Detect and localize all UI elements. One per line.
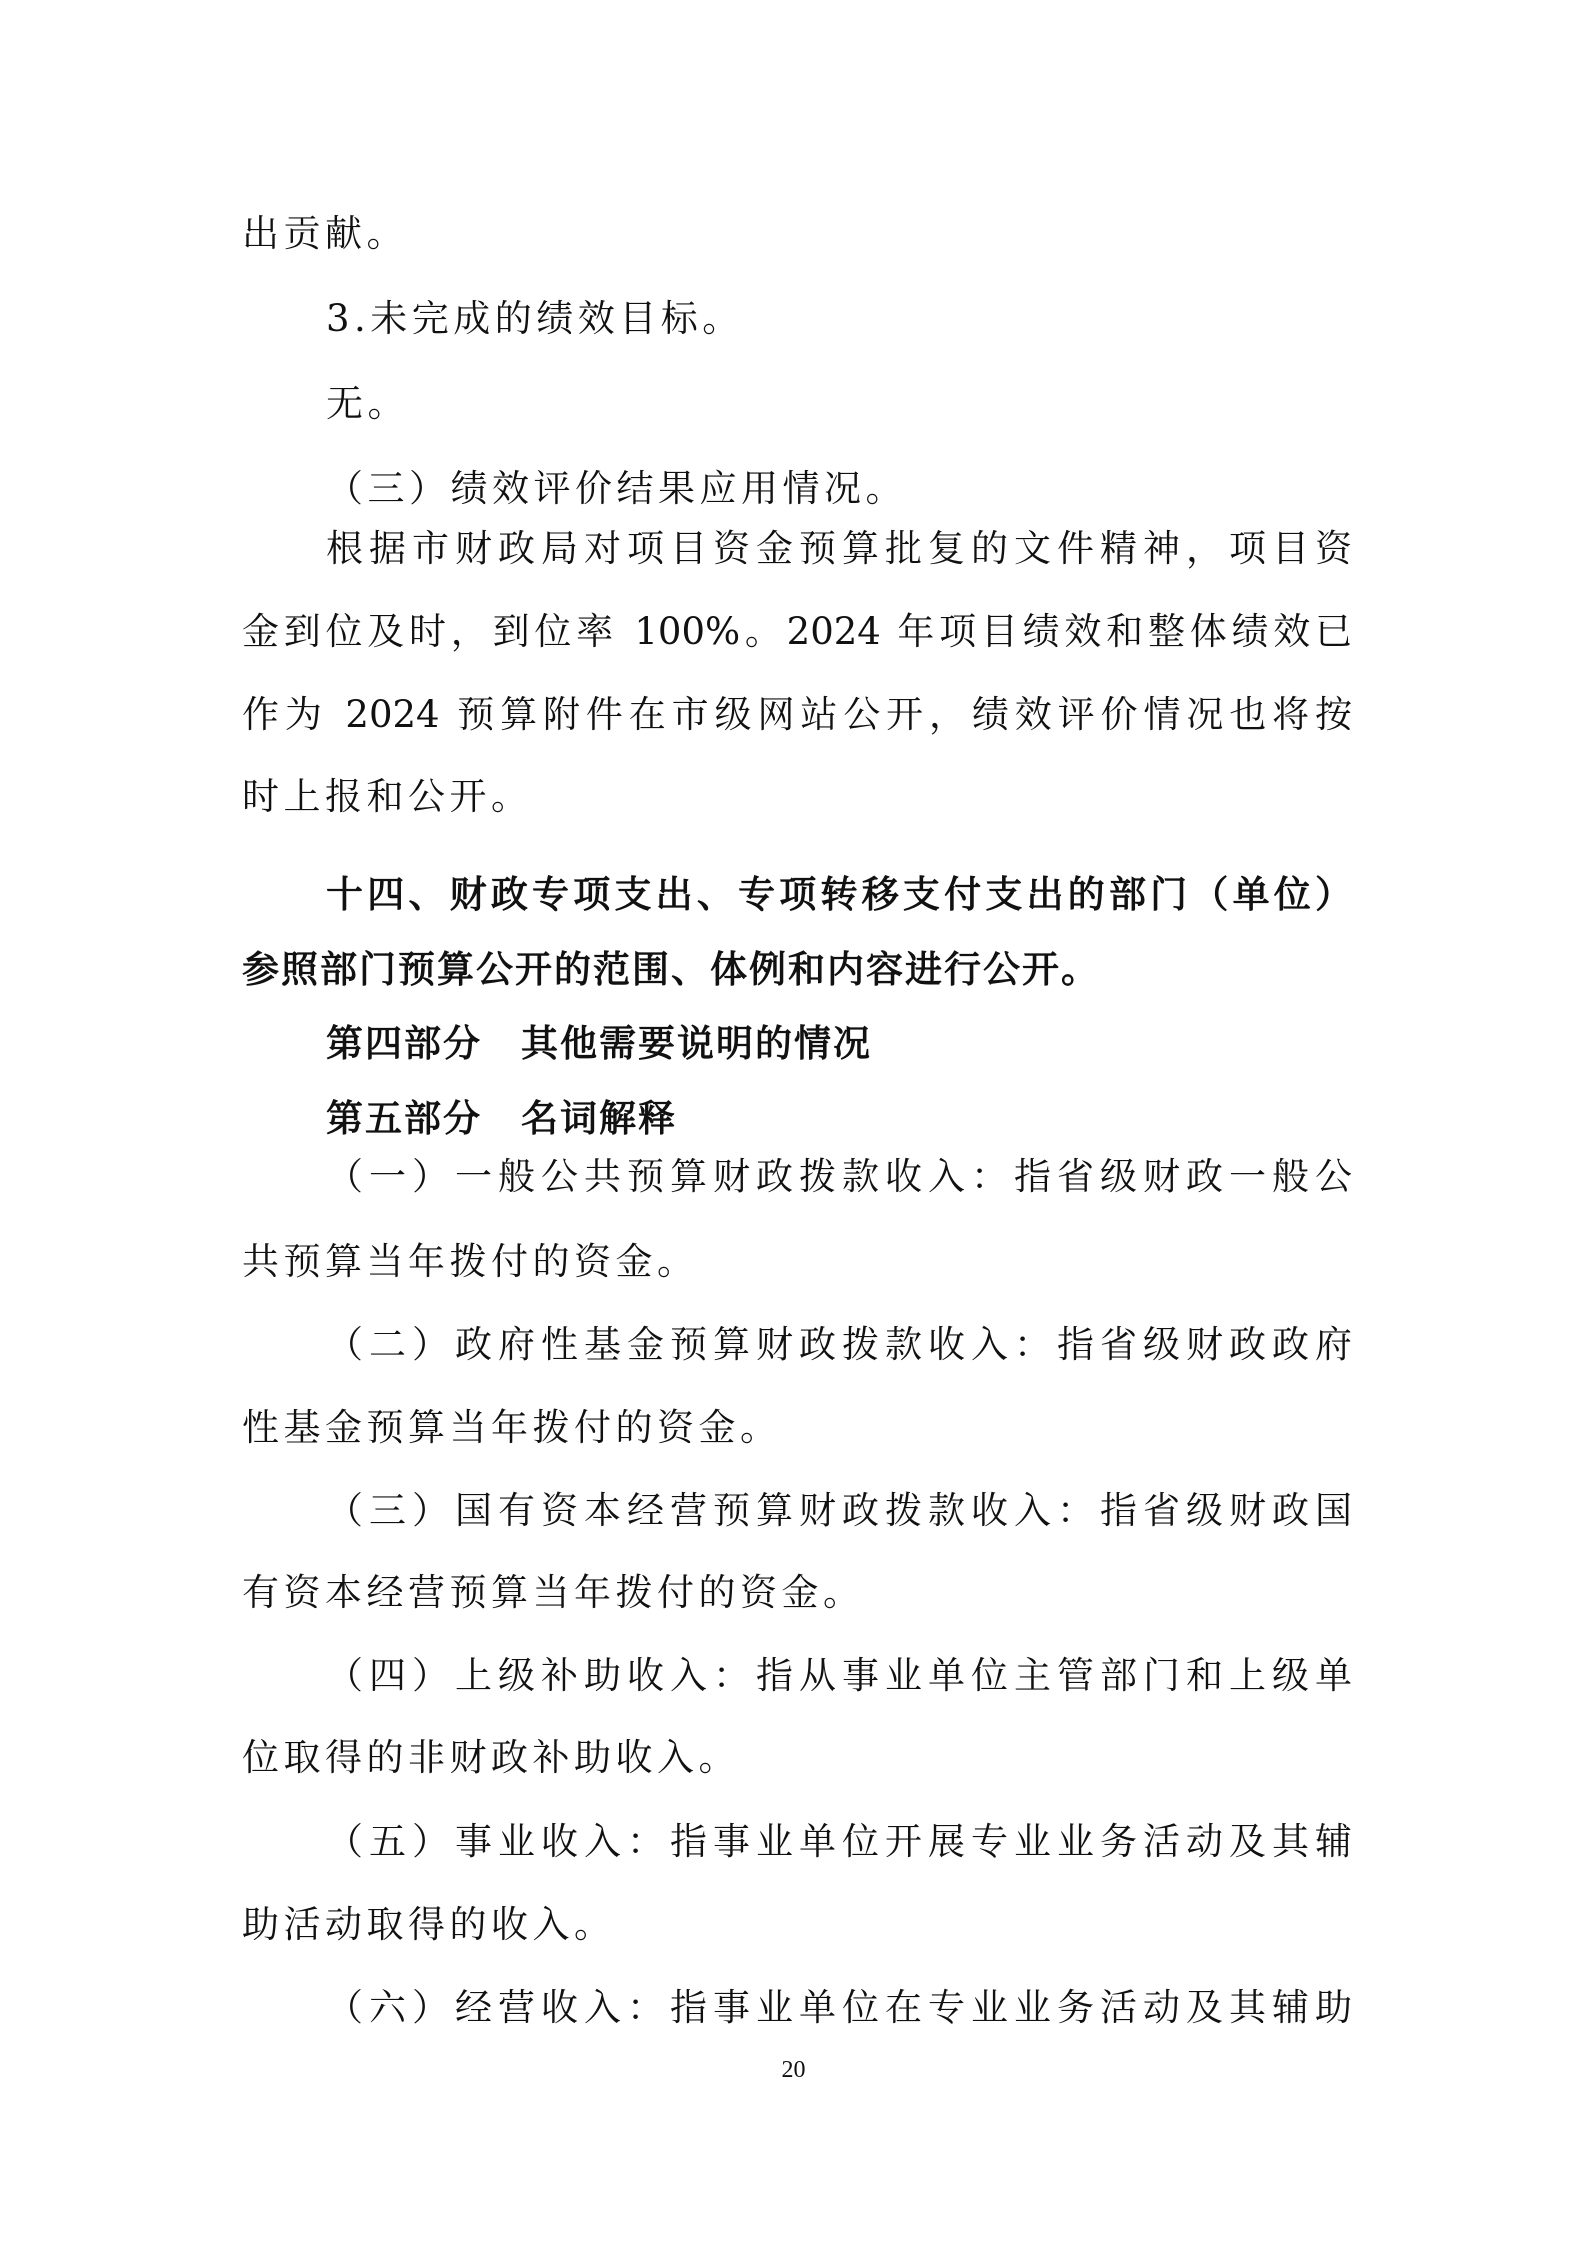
subheading-evaluation-results: （三）绩效评价结果应用情况。 [326,467,907,511]
definition-item: （五）事业收入：指事业单位开展专业业务活动及其辅 [326,1820,1352,1864]
definition-item: （三）国有资本经营预算财政拨款收入：指省级财政国 [326,1489,1352,1533]
text-line-continuation: 出贡献。 [242,212,408,256]
definition-item: （六）经营收入：指事业单位在专业业务活动及其辅助 [326,1986,1352,2030]
definition-item: （二）政府性基金预算财政拨款收入：指省级财政政府 [326,1323,1352,1367]
paragraph-line: 金到位及时，到位率 100%。2024 年项目绩效和整体绩效已 [242,610,1352,654]
paragraph-line: 作为 2024 预算附件在市级网站公开，绩效评价情况也将按 [242,693,1352,737]
paragraph-line: 根据市财政局对项目资金预算批复的文件精神，项目资 [326,527,1352,571]
definition-item: （四）上级补助收入：指从事业单位主管部门和上级单 [326,1654,1352,1698]
text-line-none: 无。 [326,382,409,426]
definition-item-cont: 助活动取得的收入。 [242,1903,616,1947]
page-number: 20 [0,2055,1587,2085]
section-heading-fourteen: 十四、财政专项支出、专项转移支付支出的部门（单位） [326,873,1352,917]
definition-item-cont: 有资本经营预算当年拨付的资金。 [242,1571,865,1615]
document-page: 出贡献。 3.未完成的绩效目标。 无。 （三）绩效评价结果应用情况。 根据市财政… [0,0,1587,2245]
part-four-heading: 第四部分 其他需要说明的情况 [326,1022,872,1066]
section-heading-fourteen-cont: 参照部门预算公开的范围、体例和内容进行公开。 [242,948,1100,992]
part-five-heading: 第五部分 名词解释 [326,1097,677,1141]
definition-item: （一）一般公共预算财政拨款收入：指省级财政一般公 [326,1155,1352,1199]
definition-item-cont: 性基金预算当年拨付的资金。 [242,1406,782,1450]
definition-item-cont: 共预算当年拨付的资金。 [242,1240,699,1284]
paragraph-line: 时上报和公开。 [242,775,533,819]
definition-item-cont: 位取得的非财政补助收入。 [242,1736,740,1780]
subheading-unfinished-goals: 3.未完成的绩效目标。 [326,297,744,341]
